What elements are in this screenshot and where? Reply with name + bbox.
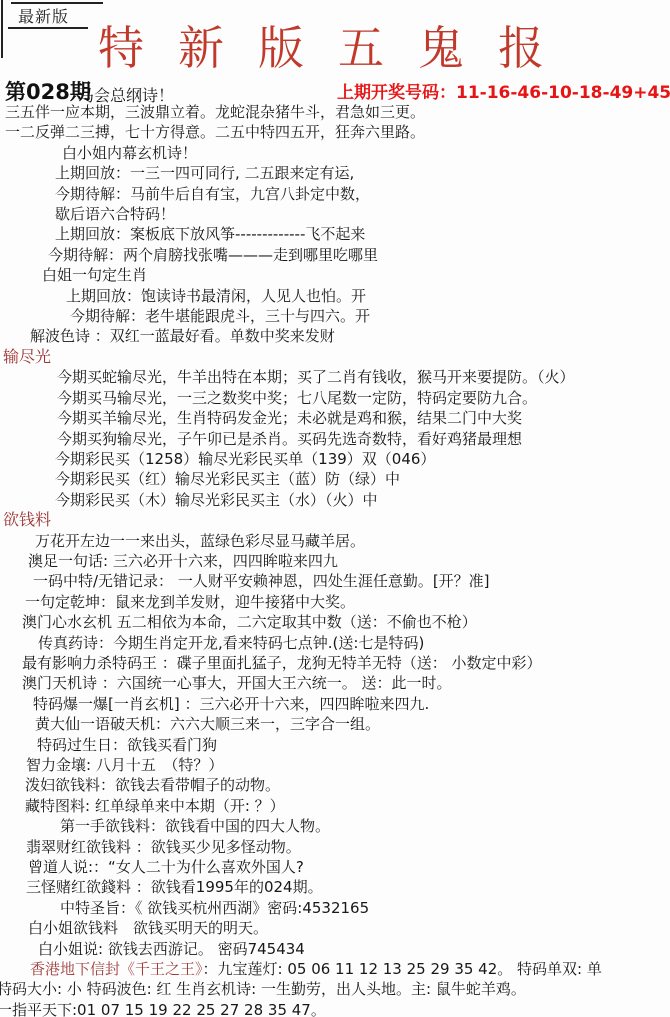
line-text: 澳门心水玄机 五二相依为本命，二六定取其中数（送：不偷也不枪） (22, 613, 477, 631)
body-line: 最有影响力杀特码王 ：碟子里面扎猛子，龙狗无特羊无特（送： 小数定中彩） (22, 653, 670, 673)
line-text: 澳门天机诗 ：六国统一心事大，开国大王六统一。 送：此一时。 (22, 674, 452, 692)
line-text: 解波色诗 ：双红一蓝最好看。单数中奖来发财 (30, 327, 335, 345)
section-header: 输尽光 (3, 347, 670, 367)
body-line: 特码大小: 小 特码波色: 红 生肖玄机诗: 一生勤劳，出人头地。主: 鼠牛蛇羊… (0, 979, 670, 999)
line-text: 三怪赌红欲錢料 ：欲钱看1995年的024期。 (26, 878, 323, 896)
line-text: 今期彩民买（木）输尽光彩民买主（水）（火）中 (55, 491, 378, 509)
body-line: 曾道人说:：“女人二十为什么喜欢外国人? (28, 857, 670, 877)
body-line: 今期买马输尽光，一三之数奖中奖；七八尾数一定防，特码定要防九合。 (57, 388, 670, 408)
body-line: 三五伴一应本期，三波鼎立着。龙蛇混杂猪牛斗，君急如三更。 (5, 102, 670, 122)
line-text: 万花开左边一一来出头，蓝绿色彩尽显马藏羊居。 (35, 532, 365, 550)
body-line: 今期待解：老牛堪能跟虎斗，三十与四六。开 (70, 306, 670, 326)
body-line: 今期待解：两个肩膀找张嘴———走到哪里吃哪里 (48, 245, 670, 265)
last-draw-result: 上期开奖号码：11-16-46-10-18-49+45 (337, 78, 670, 103)
line-text: 曾道人说:：“女人二十为什么喜欢外国人? (28, 858, 304, 876)
body-line: 解波色诗 ：双红一蓝最好看。单数中奖来发财 (30, 326, 670, 346)
body-line: 澳门天机诗 ：六国统一心事大，开国大王六统一。 送：此一时。 (22, 673, 670, 693)
body-line: 今期买羊输尽光，生肖特码发金光；未必就是鸡和猴，结果二门中大奖 (57, 408, 670, 428)
body-line: 特码过生日：欲钱买看门狗 (37, 735, 670, 755)
line-text: 智力金壤: 八月十五 （特？） (26, 756, 223, 774)
body-text: 三五伴一应本期，三波鼎立着。龙蛇混杂猪牛斗，君急如三更。一二反弹二三搏，七十方得… (0, 102, 670, 1017)
body-line: 今期彩民买（1258）输尽光彩民买单（139）双（046） (55, 449, 670, 469)
body-line: 澳门心水玄机 五二相依为本命，二六定取其中数（送：不偷也不枪） (22, 612, 670, 632)
body-line: 香港地下信封《千王之王》：九宝莲灯: 05 06 11 12 13 25 29 … (30, 959, 670, 979)
line-text: 今期买羊输尽光，生肖特码发金光；未必就是鸡和猴，结果二门中大奖 (57, 409, 522, 427)
body-line: 三怪赌红欲錢料 ：欲钱看1995年的024期。 (26, 877, 670, 897)
line-text: 特码爆一爆[一肖玄机] ：三六必开十六来，四四眸啦来四九. (33, 695, 429, 713)
issue-row: 第028期 马会总纲诗！ 上期开奖号码：11-16-46-10-18-49+45 (0, 76, 670, 102)
body-line: 藏特图料: 红单绿单来中本期（开: ？） (25, 796, 670, 816)
line-text: 白小姐欲钱料 欲钱买明天的明天。 (28, 919, 268, 937)
line-text: 一指平天下:01 07 15 19 22 25 27 28 35 47。 (0, 1001, 326, 1017)
body-line: 黄大仙一语破天机：六六大顺三来一，三字合一组。 (35, 714, 670, 734)
body-line: 一码中特/无错记录： 一人财平安赖神恩，四处生涯任意勤。[开？准] (33, 571, 670, 591)
line-text: ：九宝莲灯: 05 06 11 12 13 25 29 35 42。 特码单双:… (203, 960, 602, 978)
line-text: 藏特图料: 红单绿单来中本期（开: ？） (25, 797, 285, 815)
line-text: 今期待解：老牛堪能跟虎斗，三十与四六。开 (70, 307, 370, 325)
line-text: 黄大仙一语破天机：六六大顺三来一，三字合一组。 (35, 715, 380, 733)
line-text: 翡翠财红欲钱料 ：欲钱买少见多怪动物。 (26, 838, 301, 856)
body-line: 白小姐说: 欲钱去西游记。 密码745434 (38, 939, 670, 959)
body-line: 泼妇欲钱料：欲钱去看带帽子的动物。 (25, 775, 670, 795)
line-text: 澳足一句话: 三六必开十六来，四四眸啦来四九 (28, 552, 338, 570)
line-text: 第一手欲钱料：欲钱看中国的四大人物。 (60, 817, 330, 835)
line-text: 三五伴一应本期，三波鼎立着。龙蛇混杂猪牛斗，君急如三更。 (5, 103, 425, 121)
body-line: 歇后语六合特码！ (55, 204, 670, 224)
body-line: 澳足一句话: 三六必开十六来，四四眸啦来四九 (28, 551, 670, 571)
body-line: 万花开左边一一来出头，蓝绿色彩尽显马藏羊居。 (35, 531, 670, 551)
line-text: 上期回放：案板底下放风筝-------------飞不起来 (55, 225, 365, 243)
body-line: 第一手欲钱料：欲钱看中国的四大人物。 (60, 816, 670, 836)
body-line: 智力金壤: 八月十五 （特？） (26, 755, 670, 775)
body-line: 一句定乾坤：鼠来龙到羊发财，迎牛接猪中大奖。 (25, 592, 670, 612)
line-text: 中特圣旨：《 欲钱买杭州西湖》密码:4532165 (60, 899, 369, 917)
line-text: 今期买蛇输尽光，牛羊出特在本期；买了二肖有钱收，猴马开来要提防。（火） (57, 368, 575, 386)
line-text: 今期待解：马前牛后自有宝，九宫八卦定中数， (55, 185, 370, 203)
red-label-text: 欲钱料 (3, 510, 51, 529)
red-label-text: 输尽光 (3, 347, 51, 366)
left-edge-line (1, 0, 3, 58)
line-text: 今期待解：两个肩膀找张嘴———走到哪里吃哪里 (48, 246, 378, 264)
line-text: 一二反弹二三搏，七十方得意。二五中特四五开，狂奔六里路。 (5, 123, 425, 141)
line-text: 一码中特/无错记录： 一人财平安赖神恩，四处生涯任意勤。[开？准] (33, 572, 490, 590)
line-text: 特码过生日：欲钱买看门狗 (37, 736, 217, 754)
masthead: 最新版 特新版五鬼报 第028期 马会总纲诗！ 上期开奖号码：11-16-46-… (0, 0, 670, 102)
body-line: 白小姐欲钱料 欲钱买明天的明天。 (28, 918, 670, 938)
body-line: 一二反弹二三搏，七十方得意。二五中特四五开，狂奔六里路。 (5, 122, 670, 142)
line-text: 今期买马输尽光，一三之数奖中奖；七八尾数一定防，特码定要防九合。 (57, 389, 537, 407)
body-line: 上期回放：案板底下放风筝-------------飞不起来 (55, 224, 670, 244)
line-text: 白小姐内幕玄机诗！ (62, 144, 197, 162)
body-line: 今期买狗输尽光，子午卯已是杀肖。买码先选奇数特，看好鸡猪最理想 (57, 429, 670, 449)
line-text: 今期买狗输尽光，子午卯已是杀肖。买码先选奇数特，看好鸡猪最理想 (57, 430, 522, 448)
line-text: 今期彩民买（红）输尽光彩民买主（蓝）防（绿）中 (55, 470, 400, 488)
line-text: 传真药诗：今期生肖定开龙,看来特码七点钟.(送:七是特码) (38, 634, 424, 652)
edition-box-bottom-rule (8, 27, 88, 29)
body-line: 今期买蛇输尽光，牛羊出特在本期；买了二肖有钱收，猴马开来要提防。（火） (57, 367, 670, 387)
section-header: 欲钱料 (3, 510, 670, 530)
line-text: 今期彩民买（1258）输尽光彩民买单（139）双（046） (55, 450, 435, 468)
red-label-text: 香港地下信封《千王之王》 (30, 960, 203, 978)
body-line: 今期待解：马前牛后自有宝，九宫八卦定中数， (55, 184, 670, 204)
body-line: 白姐一句定生肖 (42, 265, 670, 285)
body-line: 上期回放：一三一四可同行, 二五跟来定有运, (55, 163, 670, 183)
line-text: 白小姐说: 欲钱去西游记。 密码745434 (38, 940, 305, 958)
edition-label: 最新版 (18, 4, 69, 27)
line-text: 白姐一句定生肖 (42, 266, 147, 284)
line-text: 最有影响力杀特码王 ：碟子里面扎猛子，龙狗无特羊无特（送： 小数定中彩） (22, 654, 542, 672)
body-line: 特码爆一爆[一肖玄机] ：三六必开十六来，四四眸啦来四九. (33, 694, 670, 714)
line-text: 特码大小: 小 特码波色: 红 生肖玄机诗: 一生勤劳，出人头地。主: 鼠牛蛇羊… (0, 980, 526, 998)
line-text: 泼妇欲钱料：欲钱去看带帽子的动物。 (25, 776, 280, 794)
body-line: 上期回放：饱读诗书最清闲，人见人也怕。开 (66, 286, 670, 306)
body-line: 传真药诗：今期生肖定开龙,看来特码七点钟.(送:七是特码) (38, 633, 670, 653)
body-line: 翡翠财红欲钱料 ：欲钱买少见多怪动物。 (26, 837, 670, 857)
body-line: 一指平天下:01 07 15 19 22 25 27 28 35 47。 (0, 1000, 670, 1017)
line-text: 上期回放：饱读诗书最清闲，人见人也怕。开 (66, 287, 366, 305)
line-text: 歇后语六合特码！ (55, 205, 175, 223)
body-line: 中特圣旨：《 欲钱买杭州西湖》密码:4532165 (60, 898, 670, 918)
body-line: 白小姐内幕玄机诗！ (62, 143, 670, 163)
page-title: 特新版五鬼报 (98, 22, 578, 74)
body-line: 今期彩民买（木）输尽光彩民买主（水）（火）中 (55, 490, 670, 510)
line-text: 上期回放：一三一四可同行, 二五跟来定有运, (55, 164, 354, 182)
line-text: 一句定乾坤：鼠来龙到羊发财，迎牛接猪中大奖。 (25, 593, 355, 611)
body-line: 今期彩民买（红）输尽光彩民买主（蓝）防（绿）中 (55, 469, 670, 489)
